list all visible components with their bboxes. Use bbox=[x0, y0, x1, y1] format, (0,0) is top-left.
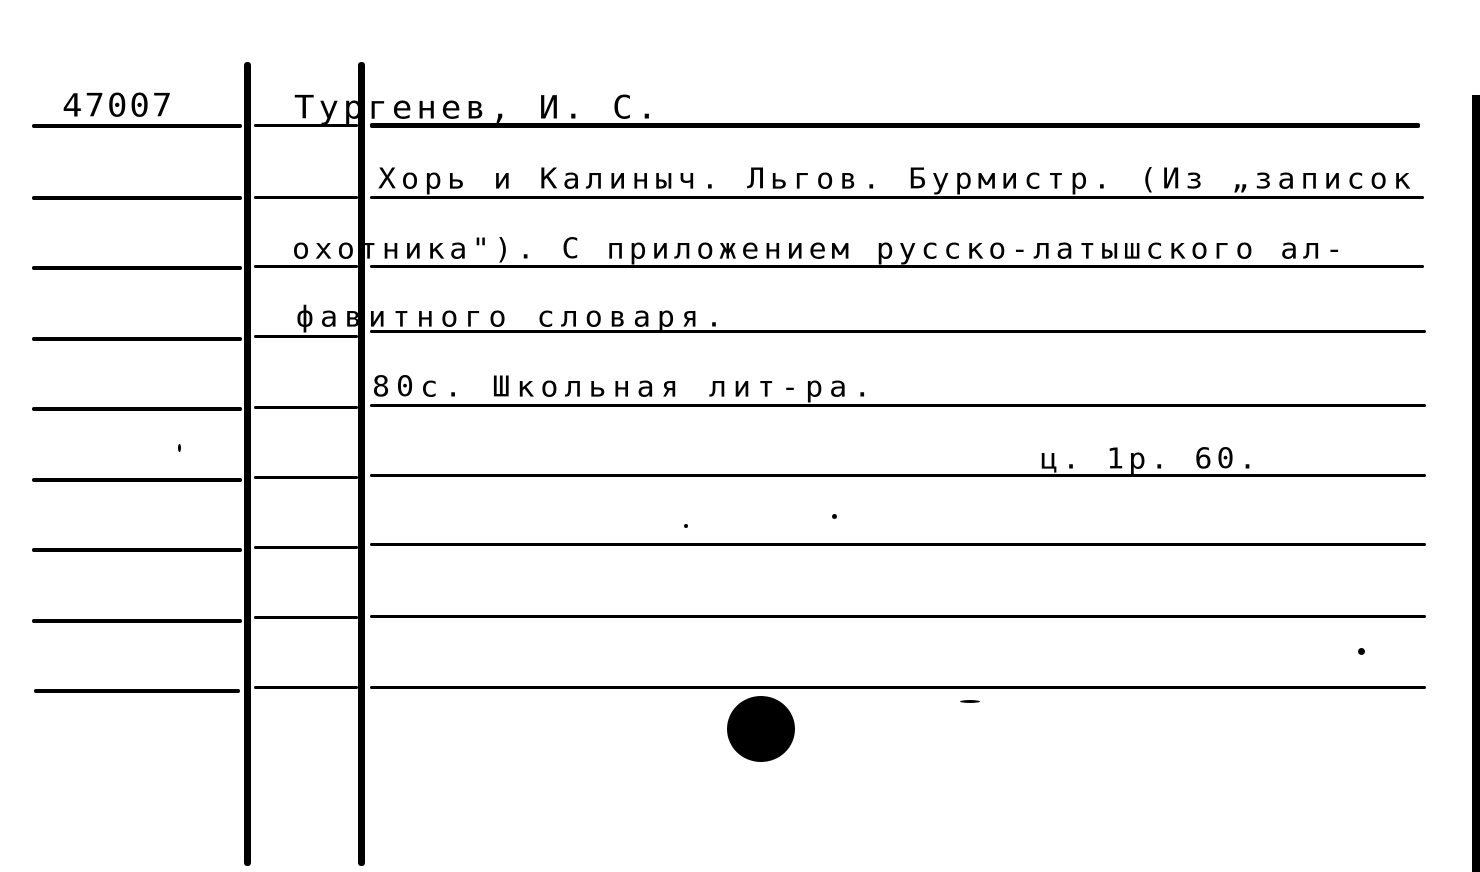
rule-left bbox=[32, 548, 242, 552]
rule-vertical-2 bbox=[358, 62, 365, 866]
rule-left bbox=[32, 619, 242, 623]
rule-left bbox=[32, 478, 242, 482]
title-line-3: фавитного словаря. bbox=[296, 299, 729, 337]
rule-middle bbox=[254, 196, 358, 199]
scan-speck bbox=[684, 524, 688, 528]
scan-speck bbox=[832, 514, 837, 519]
rule-middle bbox=[254, 686, 358, 689]
punch-hole bbox=[727, 696, 795, 762]
accession-number: 47007 bbox=[62, 87, 174, 125]
card-edge-shadow bbox=[1472, 95, 1480, 872]
rule-left bbox=[32, 266, 242, 270]
rule-middle bbox=[254, 406, 358, 409]
rule-left bbox=[32, 407, 242, 411]
imprint: 80с. Школьная лит-ра. bbox=[372, 369, 877, 407]
rule-middle bbox=[254, 476, 358, 479]
rule-left bbox=[32, 196, 242, 200]
rule-left bbox=[32, 337, 242, 341]
price: ц. 1р. 60. bbox=[1040, 441, 1261, 479]
author: Тургенев, И. С. bbox=[294, 89, 661, 127]
rule-left bbox=[34, 689, 240, 693]
rule-vertical-1 bbox=[244, 62, 251, 866]
rule-right bbox=[370, 543, 1426, 546]
rule-middle bbox=[254, 546, 358, 549]
rule-right bbox=[370, 474, 1426, 477]
scan-speck bbox=[960, 700, 980, 703]
title-line-2: охотника"). С приложением русско-латышск… bbox=[292, 231, 1348, 269]
catalog-card: 47007 Тургенев, И. С. Хорь и Калиныч. Ль… bbox=[0, 0, 1480, 872]
rule-middle bbox=[254, 616, 358, 619]
rule-right bbox=[370, 686, 1426, 689]
scan-speck bbox=[1358, 648, 1365, 655]
title-line-1: Хорь и Калиныч. Льгов. Бурмистр. (Из „за… bbox=[378, 161, 1416, 199]
scan-speck bbox=[178, 444, 181, 452]
rule-right bbox=[370, 615, 1426, 618]
